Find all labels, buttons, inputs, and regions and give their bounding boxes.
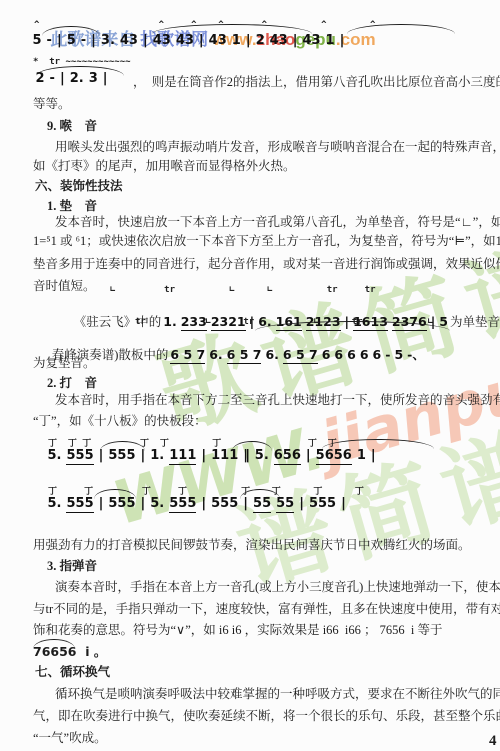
jianpu-line3-suffix: 为单垫音；《丰收乐》（赵 — [450, 315, 500, 329]
text-line: 76656 i 。 — [33, 644, 106, 660]
text-line: 饰和花奏的意思。符号为“∨”，如 i6 i6 ，实际效果是 i66 i66 ； … — [33, 622, 443, 638]
text-line: 循环换气是唢呐演奏呼吸法中较难掌握的一种呼吸方式，要求在不断往外吹气的同时进行吸 — [55, 686, 500, 702]
jianpu-line3-marks: ∟ tr ∟ ∟ tr tr — [110, 285, 376, 295]
text-line: 为复垫音。 — [33, 355, 96, 371]
text-line: “一气”吹成。 — [33, 730, 107, 746]
jianpu-line2: 2-|2.3| — [33, 71, 110, 86]
subsection-heading-6-2: 2. 打 音 — [47, 375, 97, 391]
section-heading-6: 六、装饰性技法 — [35, 178, 123, 194]
text-line: “丁”，如《十八板》的快板段： — [33, 413, 207, 429]
text-line: 演奏本音时，手指在本音上方一音孔(或上方小三度音孔)上快速地弹动一下，使本音产生… — [55, 579, 500, 595]
text-line: 等等。 — [33, 96, 71, 112]
jianpu-line1: 5-|5-|3.43|4343|431|243|431| — [30, 33, 347, 48]
subsection-heading-9: 9. 喉 音 — [47, 118, 97, 134]
text-line: 发本音时，用手指在本音下方二至三音孔上快速地打一下，使所发音的音头强劲有力。符号… — [55, 392, 500, 408]
jianpu-line5: 5.555|555|1.111|111‖5.656|56561| — [45, 448, 378, 465]
section-heading-7: 七、循环换气 — [35, 664, 110, 680]
text-line: 1=⁵1 或 ⁶1；或快速依次启放一下本音下方至上方一音孔，为复垫音，符号为“⊨… — [33, 233, 500, 249]
page-number: 4 — [489, 733, 497, 750]
jianpu-line4: 6 5 76.6 5 76.6 5 766666-5-、 — [168, 347, 426, 362]
text-line: 用强劲有力的打音模拟民间锣鼓节奏，渲染出民间喜庆节日中欢腾红火的场面。 — [33, 537, 471, 553]
text-line: 气，即在吹奏进行中换气，使吹奏延续不断，将一个很长的乐句、乐段，甚至整个乐曲毫无… — [33, 708, 500, 724]
text-line: 音时值短。 — [33, 278, 96, 294]
subsection-heading-6-1: 1. 垫 音 — [47, 198, 97, 214]
subsection-heading-6-3: 3. 指弹音 — [47, 558, 97, 574]
jianpu-line6: 5.555|555|5.555|555|5555|555| — [45, 496, 348, 513]
text-line: 垫音多用于连奏中的同音进行，起分音作用，或对某一音进行润饰或强调，效果近似倚音，… — [33, 256, 500, 272]
text-line: 如《打枣》的尾声，加用喉音而显得格外火热。 — [33, 158, 296, 174]
text-line: ， 则是在筒音作2的指法上，借用第八音孔吹出比原位音高小三度的5 — [133, 74, 500, 90]
text-line: 发本音时，快速启放一下本音上方一音孔或第八音孔，为单垫音，符号是“∟”，如筒音作… — [55, 214, 500, 230]
text-line: 用喉头发出强烈的鸣声振动哨片发音，形成喉音与唢呐音混合在一起的特殊声音，符号为⊗… — [55, 139, 500, 155]
text-line: 与tr不同的是，手指只弹动一下，速度较快，富有弹性，且多在快速度中使用，带有对本… — [33, 601, 500, 617]
sheet-page: 歌谱简谱网 谱简谱网 WWW.jianpu.cn 此歌谱来自 找歌谱网 www.… — [0, 0, 500, 751]
